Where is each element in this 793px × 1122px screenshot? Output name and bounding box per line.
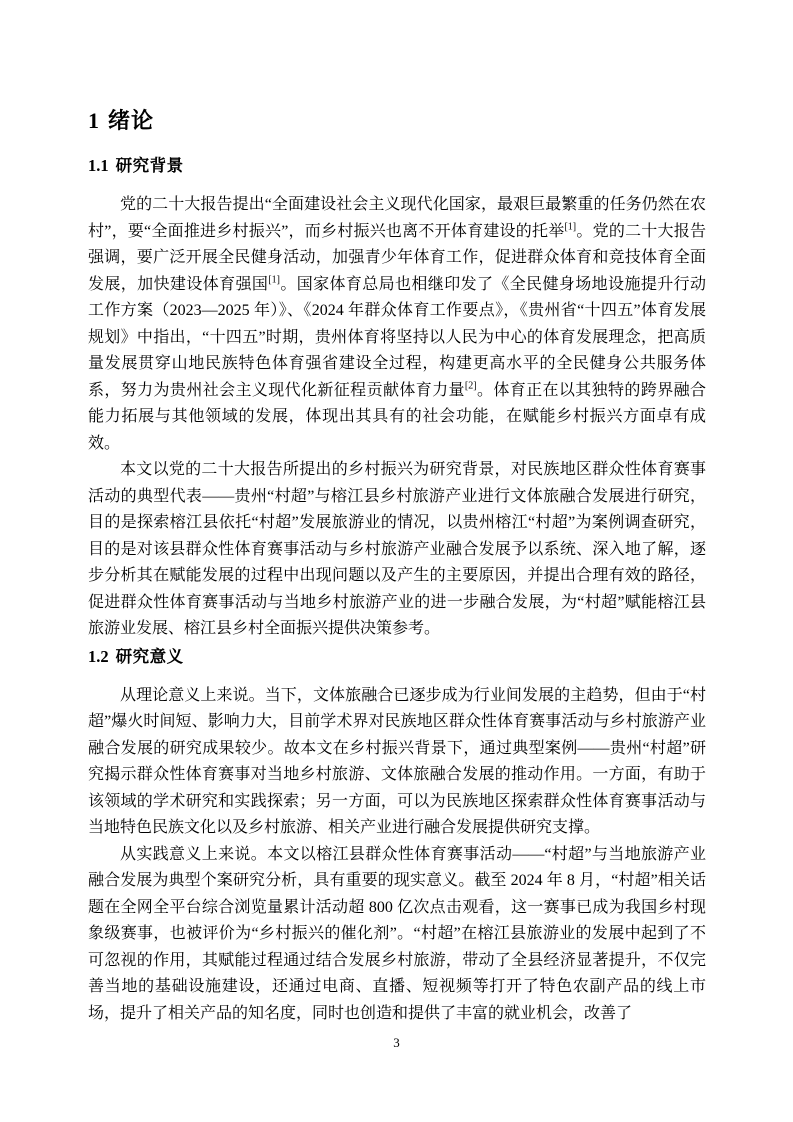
section-1-1-title: 研究背景 <box>116 157 184 175</box>
page-number: 3 <box>0 1035 793 1051</box>
paragraph-background-1: 党的二十大报告提出“全面建设社会主义现代化国家，最艰巨最繁重的任务仍然在农村”，… <box>88 192 706 457</box>
page-content: 1绪论 1.1研究背景 党的二十大报告提出“全面建设社会主义现代化国家，最艰巨最… <box>0 0 793 1027</box>
section-heading-1-1: 1.1研究背景 <box>88 155 706 177</box>
citation-ref-2: [1] <box>268 274 280 285</box>
section-1-1-number: 1.1 <box>88 156 109 175</box>
section-1-2-number: 1.2 <box>88 647 109 666</box>
section-heading-1-2: 1.2研究意义 <box>88 646 706 668</box>
citation-ref-1: [1] <box>564 221 576 232</box>
chapter-number: 1 <box>88 108 99 133</box>
chapter-heading: 1绪论 <box>88 108 706 134</box>
chapter-title: 绪论 <box>108 108 154 133</box>
paragraph-significance-practical: 从实践意义上来说。本文以榕江县群众性体育赛事活动——“村超”与当地旅游产业融合发… <box>88 842 706 1028</box>
document-page: 1绪论 1.1研究背景 党的二十大报告提出“全面建设社会主义现代化国家，最艰巨最… <box>0 0 793 1122</box>
paragraph-text: 。国家体育总局也相继印发了《全民健身场地设施提升行动工作方案（2023—2025… <box>88 276 706 399</box>
citation-ref-3: [2] <box>465 380 477 391</box>
paragraph-background-2: 本文以党的二十大报告所提出的乡村振兴为研究背景，对民族地区群众性体育赛事活动的典… <box>88 457 706 643</box>
paragraph-significance-theoretical: 从理论意义上来说。当下，文体旅融合已逐步成为行业间发展的主趋势，但由于“村超”爆… <box>88 683 706 842</box>
section-1-2-title: 研究意义 <box>116 648 184 666</box>
